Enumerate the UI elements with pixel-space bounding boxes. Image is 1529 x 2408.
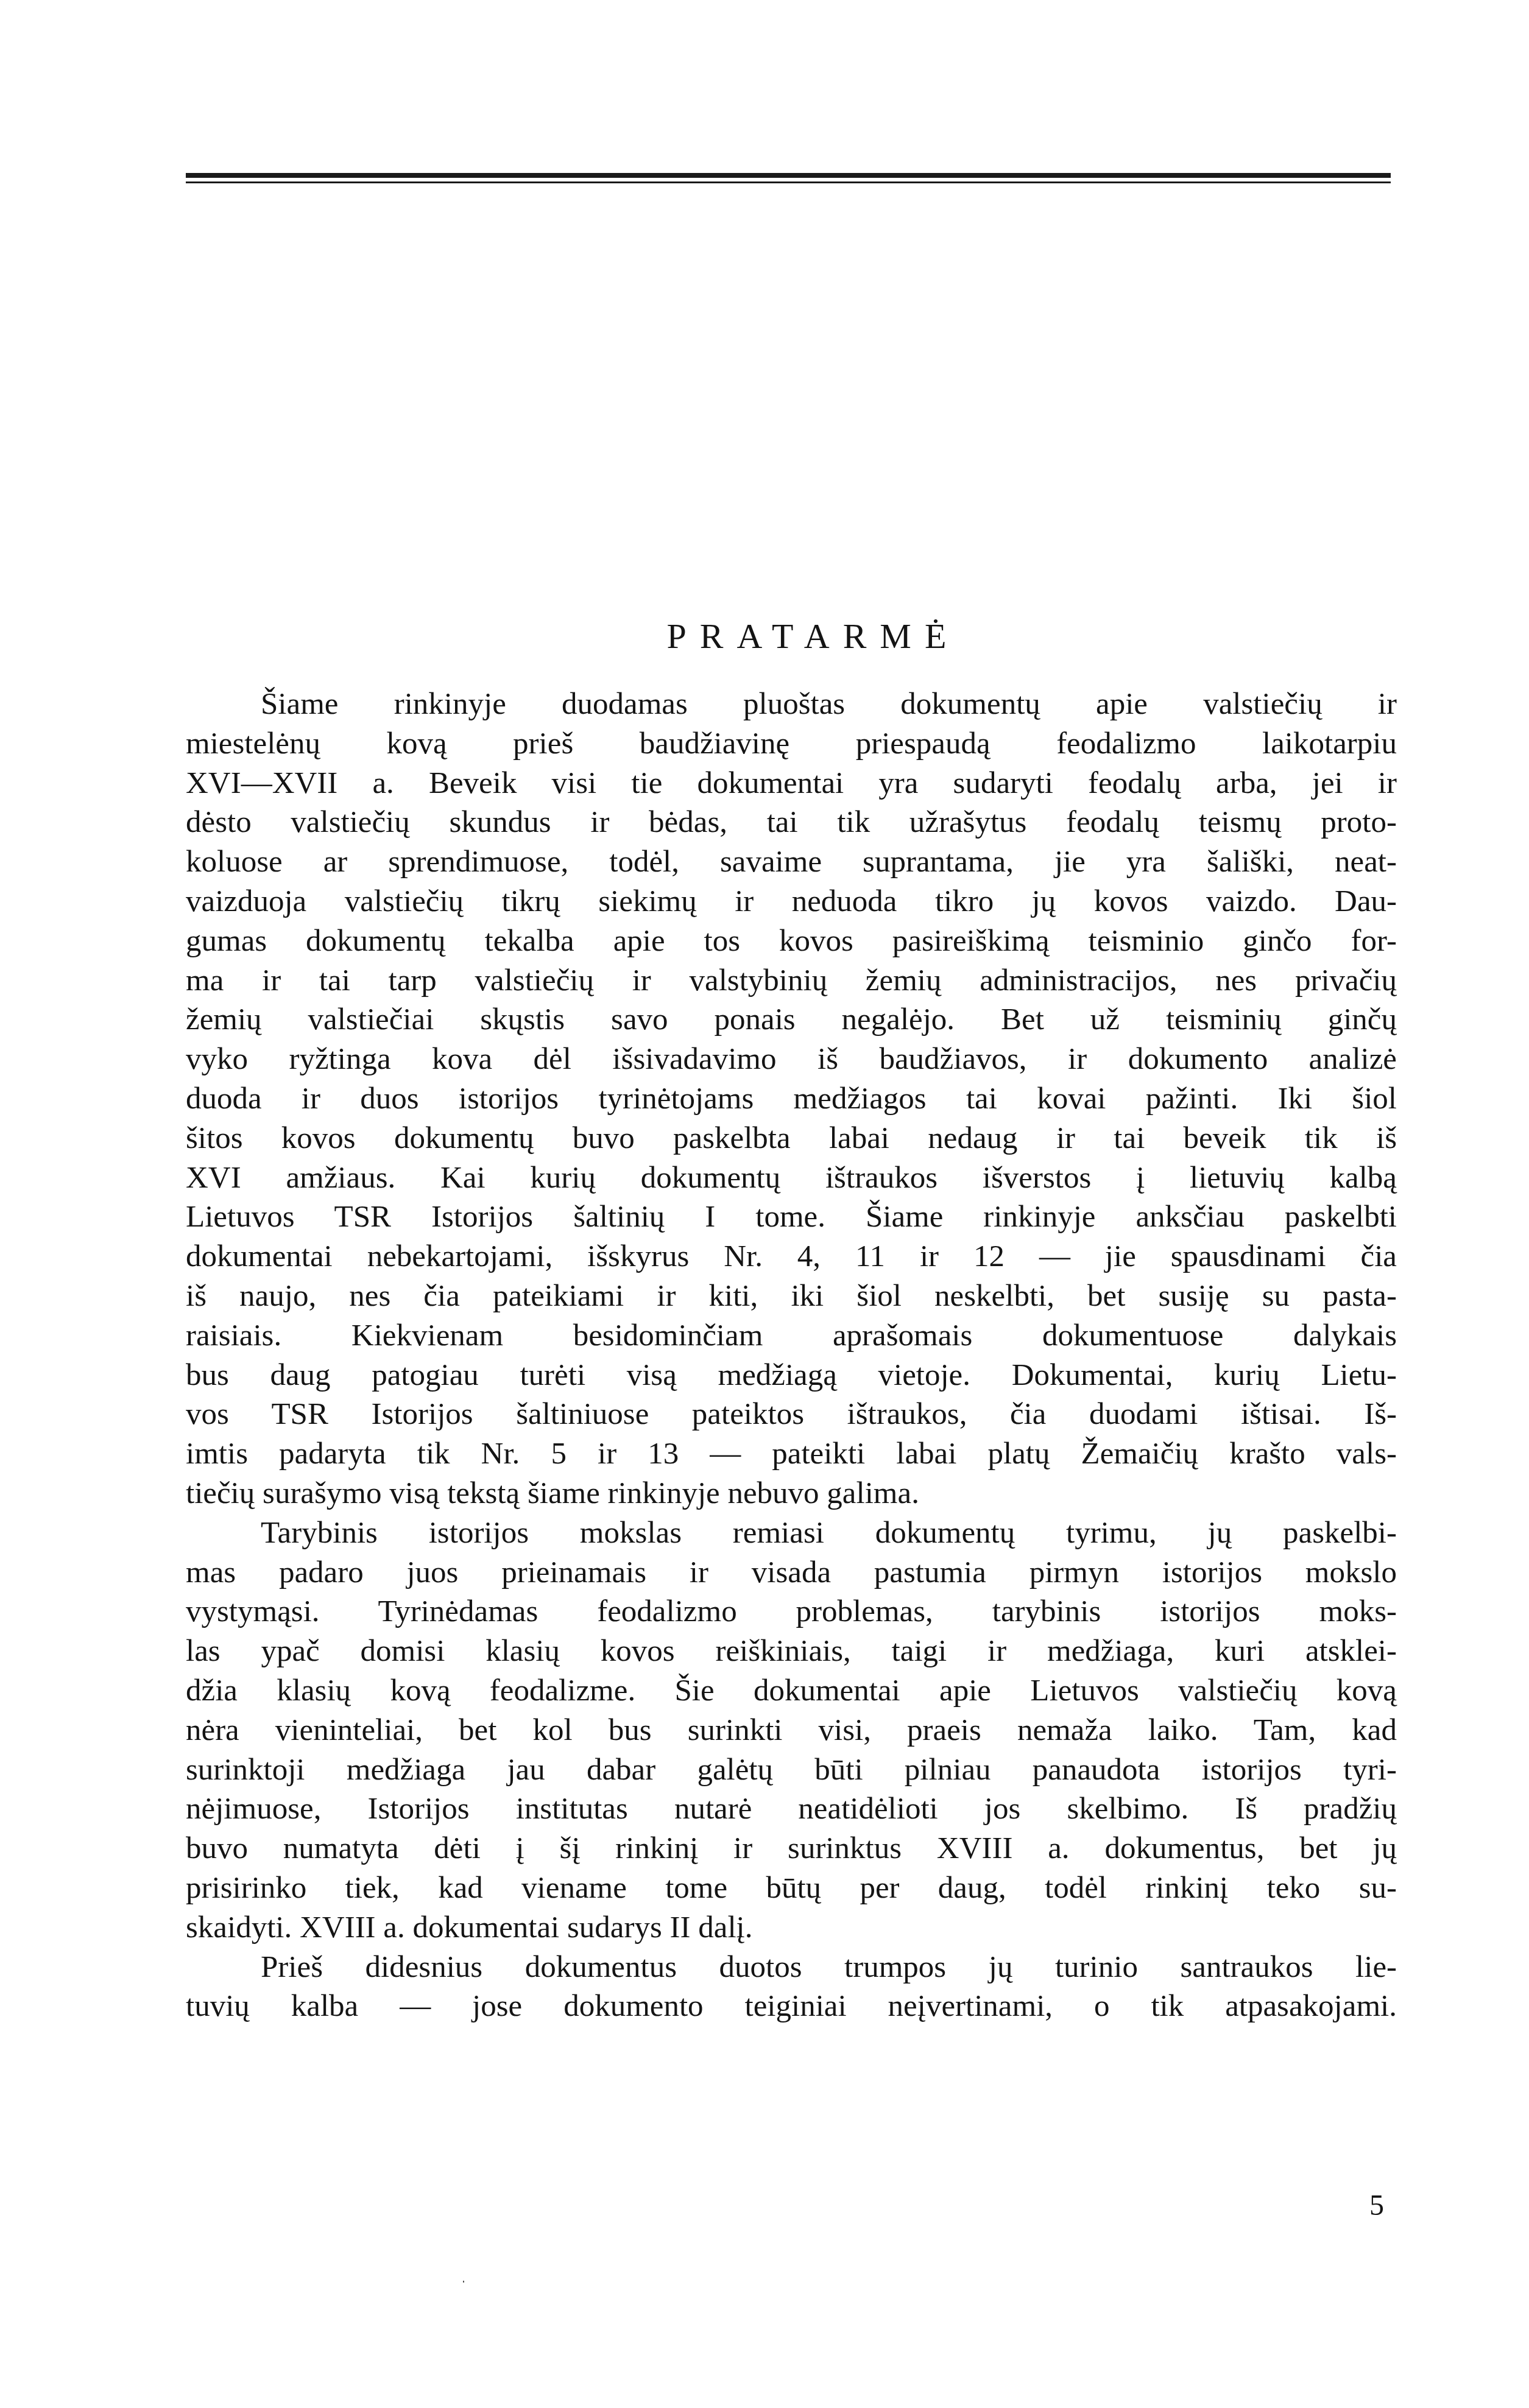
text-line: bus daug patogiau turėti visą medžiagą v… <box>186 1356 1397 1395</box>
text-line: XVI—XVII a. Beveik visi tie dokumentai y… <box>186 764 1397 803</box>
text-line: Prieš didesnius dokumentus duotos trumpo… <box>186 1948 1397 1987</box>
text-line: koluose ar sprendimuose, todėl, savaime … <box>186 842 1397 882</box>
text-line: dėsto valstiečių skundus ir bėdas, tai t… <box>186 803 1397 842</box>
text-line: raisiais. Kiekvienam besidominčiam apraš… <box>186 1316 1397 1356</box>
text-line: mas padaro juos prieinamais ir visada pa… <box>186 1553 1397 1593</box>
text-line: žemių valstiečiai skųstis savo ponais ne… <box>186 1000 1397 1040</box>
header-rule-thick <box>186 173 1391 178</box>
text-line: duoda ir duos istorijos tyrinėtojams med… <box>186 1079 1397 1119</box>
scan-speck <box>463 2281 464 2283</box>
document-page: PRATARMĖ Šiame rinkinyje duodamas pluošt… <box>0 0 1529 2408</box>
page-number: 5 <box>1369 2189 1384 2223</box>
text-line: nėra vieninteliai, bet kol bus surinkti … <box>186 1711 1397 1750</box>
text-line: Lietuvos TSR Istorijos šaltinių I tome. … <box>186 1197 1397 1237</box>
text-line: šitos kovos dokumentų buvo paskelbta lab… <box>186 1119 1397 1158</box>
text-line: dokumentai nebekartojami, išskyrus Nr. 4… <box>186 1237 1397 1276</box>
text-line: buvo numatyta dėti į šį rinkinį ir surin… <box>186 1829 1397 1868</box>
text-line: tuvių kalba — jose dokumento teiginiai n… <box>186 1987 1397 2026</box>
text-line: skaidyti. XVIII a. dokumentai sudarys II… <box>186 1908 1397 1948</box>
body-text: Šiame rinkinyje duodamas pluoštas dokume… <box>186 685 1397 2026</box>
text-line: imtis padaryta tik Nr. 5 ir 13 — pateikt… <box>186 1434 1397 1474</box>
text-line: ma ir tai tarp valstiečių ir valstybinių… <box>186 961 1397 1001</box>
text-line: nėjimuose, Istorijos institutas nutarė n… <box>186 1789 1397 1829</box>
text-line: prisirinko tiek, kad viename tome būtų p… <box>186 1868 1397 1908</box>
text-line: surinktoji medžiaga jau dabar galėtų būt… <box>186 1750 1397 1790</box>
text-line: džia klasių kovą feodalizme. Šie dokumen… <box>186 1671 1397 1711</box>
text-line: vyko ryžtinga kova dėl išsivadavimo iš b… <box>186 1040 1397 1079</box>
header-rule-thin <box>186 181 1391 183</box>
text-line: vystymąsi. Tyrinėdamas feodalizmo proble… <box>186 1592 1397 1632</box>
text-line: Šiame rinkinyje duodamas pluoštas dokume… <box>186 685 1397 724</box>
text-line: vos TSR Istorijos šaltiniuose pateiktos … <box>186 1395 1397 1434</box>
text-line: miestelėnų kovą prieš baudžiavinę priesp… <box>186 724 1397 764</box>
text-line: Tarybinis istorijos mokslas remiasi doku… <box>186 1513 1397 1553</box>
page-title: PRATARMĖ <box>0 615 1529 658</box>
text-line: gumas dokumentų tekalba apie tos kovos p… <box>186 921 1397 961</box>
text-line: vaizduoja valstiečių tikrų siekimų ir ne… <box>186 882 1397 921</box>
text-line: las ypač domisi klasių kovos reiškiniais… <box>186 1632 1397 1671</box>
text-line: tiečių surašymo visą tekstą šiame rinkin… <box>186 1474 1397 1513</box>
text-line: XVI amžiaus. Kai kurių dokumentų ištrauk… <box>186 1158 1397 1198</box>
text-line: iš naujo, nes čia pateikiami ir kiti, ik… <box>186 1276 1397 1316</box>
